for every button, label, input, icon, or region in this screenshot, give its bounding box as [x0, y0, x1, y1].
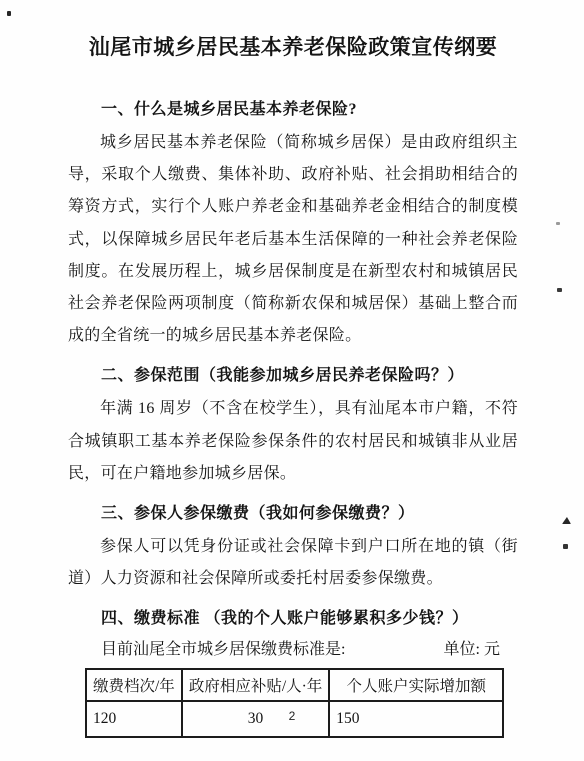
section-coverage: 二、参保范围（我能参加城乡居民养老保险吗？） 年满 16 周岁（不含在校学生），… — [68, 364, 518, 490]
column-header: 缴费档次/年 — [86, 669, 182, 701]
scan-artifact — [557, 288, 562, 292]
column-header: 个人账户实际增加额 — [329, 669, 503, 701]
section-how-to-pay: 三、参保人参保缴费（我如何参保缴费？） 参保人可以凭身份证或社会保障卡到户口所在… — [68, 502, 518, 595]
section-heading: 一、什么是城乡居民基本养老保险? — [68, 98, 518, 122]
scan-artifact — [563, 544, 568, 549]
paragraph: 城乡居民基本养老保险（简称城乡居保）是由政府组织主导，采取个人缴费、集体补助、政… — [68, 127, 518, 352]
section-what-is: 一、什么是城乡居民基本养老保险? 城乡居民基本养老保险（简称城乡居保）是由政府组… — [68, 98, 518, 352]
fee-standard-table: 缴费档次/年 政府相应补贴/人·年 个人账户实际增加额 120 30 150 — [85, 668, 504, 738]
table-intro-row: 目前汕尾全市城乡居保缴费标准是: 单位: 元 — [68, 636, 518, 664]
section-heading: 二、参保范围（我能参加城乡居民养老保险吗？） — [68, 364, 518, 388]
table-header-row: 缴费档次/年 政府相应补贴/人·年 个人账户实际增加额 — [86, 669, 503, 701]
unit-label: 单位: 元 — [444, 636, 518, 664]
column-header: 政府相应补贴/人·年 — [182, 669, 329, 701]
page-title: 汕尾市城乡居民基本养老保险政策宣传纲要 — [68, 34, 518, 62]
paragraph: 年满 16 周岁（不含在校学生），具有汕尾本市户籍，不符合城镇职工基本养老保险参… — [68, 393, 518, 490]
table-intro-text: 目前汕尾全市城乡居保缴费标准是: — [68, 636, 345, 664]
paragraph: 参保人可以凭身份证或社会保障卡到户口所在地的镇（街道）人力资源和社会保障所或委托… — [68, 531, 518, 595]
document-page: 汕尾市城乡居民基本养老保险政策宣传纲要 一、什么是城乡居民基本养老保险? 城乡居… — [0, 0, 584, 761]
scan-artifact — [7, 11, 11, 16]
document-content: 汕尾市城乡居民基本养老保险政策宣传纲要 一、什么是城乡居民基本养老保险? 城乡居… — [0, 0, 584, 738]
page-number: 2 — [0, 709, 584, 723]
section-heading: 四、缴费标准 （我的个人账户能够累积多少钱？） — [68, 607, 518, 631]
scan-artifact — [556, 222, 560, 225]
section-heading: 三、参保人参保缴费（我如何参保缴费？） — [68, 502, 518, 526]
